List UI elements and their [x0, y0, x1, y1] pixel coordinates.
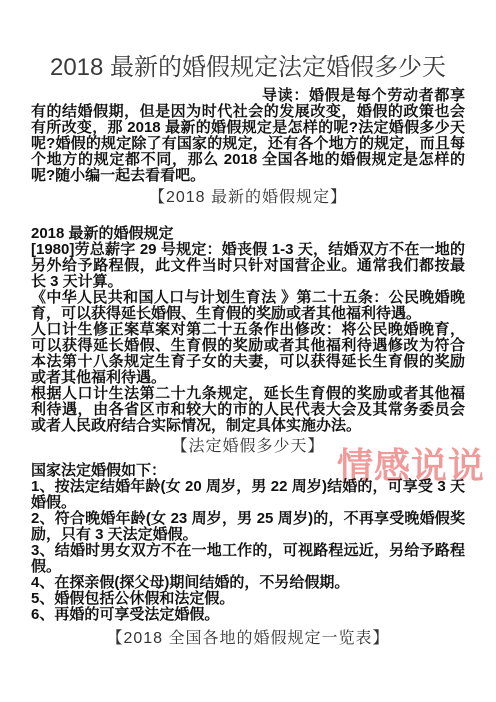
paragraph-1980-rule: [1980]劳总薪字 29 号规定：婚丧假 1-3 天，结婚双方不在一地的另外给… — [31, 242, 465, 290]
list-item-6: 6、再婚的可享受法定婚假。 — [31, 607, 465, 623]
list-item-2: 2、符合晚婚年龄(女 23 周岁，男 25 周岁)的，不再享受晚婚假奖励，只有 … — [31, 511, 465, 543]
section1-subtitle: 2018 最新的婚假规定 — [31, 226, 465, 242]
intro-paragraph: 导读：婚假是每个劳动者都享有的结婚假期，但是因为时代社会的发展改变，婚假的政策也… — [31, 88, 465, 184]
article-body: 导读：婚假是每个劳动者都享有的结婚假期，但是因为时代社会的发展改变，婚假的政策也… — [31, 88, 465, 649]
document-page: 2018 最新的婚假规定法定婚假多少天 导读：婚假是每个劳动者都享有的结婚假期，… — [0, 0, 496, 702]
paragraph-family-planning-law: 《中华人民共和国人口与计划生育法 》第二十五条：公民晚婚晚育，可以获得延长婚假、… — [31, 290, 465, 322]
list-item-3: 3、结婚时男女双方不在一地工作的，可视路程远近，另给予路程假。 — [31, 543, 465, 575]
list-item-1: 1、按法定结婚年龄(女 20 周岁，男 22 周岁)结婚的，可享受 3 天婚假。 — [31, 479, 465, 511]
section-header-latest-rules: 【2018 最新的婚假规定】 — [31, 188, 465, 208]
section-header-how-many-days: 【法定婚假多少天】 — [31, 437, 465, 457]
page-title: 2018 最新的婚假规定法定婚假多少天 — [0, 51, 496, 85]
paragraph-article-29: 根据人口计生法第二十九条规定，延长生育假的奖励或者其他福利待遇，由各省区市和较大… — [31, 386, 465, 434]
list-item-5: 5、婚假包括公休假和法定假。 — [31, 591, 465, 607]
paragraph-amendment: 人口计生修正案草案对第二十五条作出修改：将公民晚婚晚育，可以获得延长婚假、生育假… — [31, 322, 465, 386]
list-lead: 国家法定婚假如下： — [31, 463, 465, 479]
section-header-national-table: 【2018 全国各地的婚假规定一览表】 — [31, 629, 465, 649]
list-item-4: 4、在探亲假(探父母)期间结婚的，不另给假期。 — [31, 575, 465, 591]
